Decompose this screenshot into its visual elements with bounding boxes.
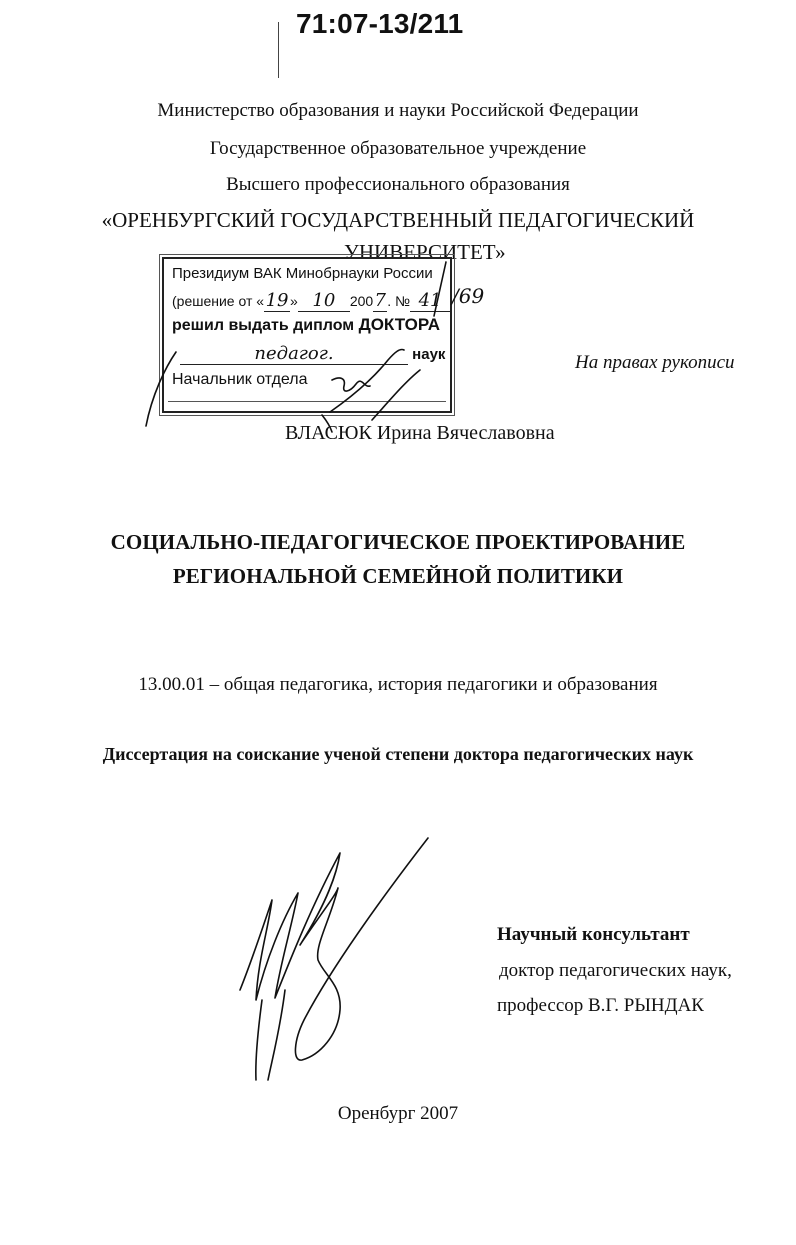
dissertation-title-line2: РЕГИОНАЛЬНОЙ СЕМЕЙНОЙ ПОЛИТИКИ bbox=[0, 564, 796, 589]
rights-notice: На правах рукописи bbox=[575, 352, 735, 374]
stamp-decision: (решение от «19»102007. №41 bbox=[172, 290, 450, 312]
ministry-name: Министерство образования и науки Российс… bbox=[0, 100, 796, 122]
stamp-inner-line bbox=[168, 401, 446, 402]
dissertation-type: Диссертация на соискание ученой степени … bbox=[0, 744, 796, 765]
specialty-code: 13.00.01 – общая педагогика, история пед… bbox=[0, 674, 796, 696]
stamp-diploma: решил выдать диплом ДОКТОРА bbox=[172, 315, 440, 335]
institution-type: Государственное образовательное учрежден… bbox=[0, 138, 796, 160]
education-level: Высшего профессионального образования bbox=[0, 174, 796, 196]
dissertation-title-line1: СОЦИАЛЬНО-ПЕДАГОГИЧЕСКОЕ ПРОЕКТИРОВАНИЕ bbox=[0, 530, 796, 555]
consultant-label: Научный консультант bbox=[497, 924, 690, 946]
main-signature-icon bbox=[240, 838, 428, 1060]
consultant-degree: доктор педагогических наук, bbox=[499, 960, 732, 982]
stamp-number-extra: /69 bbox=[452, 284, 484, 308]
catalog-number: 71:07-13/211 bbox=[296, 8, 463, 40]
stamp-day: 19 bbox=[264, 290, 290, 312]
university-name-line1: «ОРЕНБУРГСКИЙ ГОСУДАРСТВЕННЫЙ ПЕДАГОГИЧЕ… bbox=[0, 208, 796, 233]
stamp-year-digit: 7 bbox=[373, 290, 387, 312]
stamp-number: 41 bbox=[410, 290, 450, 312]
place-and-year: Оренбург 2007 bbox=[0, 1103, 796, 1125]
stamp-month: 10 bbox=[298, 290, 350, 312]
consultant-name: профессор В.Г. РЫНДАК bbox=[497, 995, 704, 1017]
stamp-presidium: Президиум ВАК Минобрнауки России bbox=[172, 265, 433, 282]
margin-line bbox=[278, 22, 279, 78]
stamp-field-handwritten: педагог. bbox=[180, 343, 408, 365]
author-name: ВЛАСЮК Ирина Вячеславовна bbox=[285, 422, 555, 445]
vak-stamp: Президиум ВАК Минобрнауки России (решени… bbox=[162, 257, 452, 413]
stamp-head-of-department: Начальник отдела bbox=[172, 371, 308, 389]
stamp-field: педагог. наук bbox=[172, 343, 450, 365]
